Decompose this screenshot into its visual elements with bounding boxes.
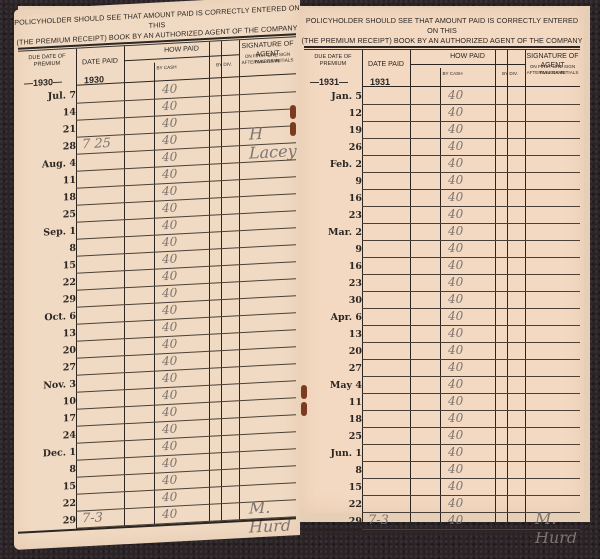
ledger-row: 1640 [300, 258, 584, 275]
cash-amount: 40 [162, 336, 177, 351]
cash-amount: 40 [448, 394, 463, 408]
header-line-2: (THE PREMIUM RECEIPT) BOOK BY AN AUTHORI… [300, 36, 584, 46]
cash-amount: 40 [448, 411, 463, 425]
cash-amount: 40 [448, 207, 463, 221]
due-date: 9 [306, 176, 362, 187]
cash-amount: 40 [448, 122, 463, 136]
binding-stitch [301, 385, 307, 399]
ledger-row: 2340 [300, 207, 584, 224]
due-date: 24 [20, 430, 76, 444]
due-date: Oct. 6 [20, 311, 76, 325]
cash-amount: 40 [162, 285, 177, 300]
cash-amount: 40 [448, 496, 463, 510]
due-date: 22 [20, 498, 76, 512]
due-date: 23 [306, 210, 362, 221]
cash-amount: 40 [162, 81, 177, 96]
ledger-row: 1640 [300, 190, 584, 207]
cash-amount: 40 [162, 319, 177, 334]
cash-amount: 40 [448, 513, 463, 527]
due-date: 25 [306, 431, 362, 442]
ledger-row: 1140 [300, 394, 584, 411]
cash-amount: 40 [162, 234, 177, 249]
ledger-row: 2340 [300, 275, 584, 292]
due-date: 17 [20, 413, 76, 427]
header-rule [304, 49, 580, 50]
due-date: Mar. 2 [306, 227, 362, 238]
ledger-row: 940 [300, 173, 584, 190]
cash-amount: 40 [448, 105, 463, 119]
cash-amount: 40 [162, 421, 177, 436]
ledger-row: 1540 [300, 479, 584, 496]
cash-amount: 40 [162, 251, 177, 266]
due-date: 10 [20, 396, 76, 410]
due-date: 8 [20, 243, 76, 257]
ledger-row: Jun. 140 [300, 445, 584, 462]
cash-amount: 40 [162, 302, 177, 317]
cash-amount: 40 [448, 190, 463, 204]
due-date: 16 [306, 193, 362, 204]
cash-amount: 40 [448, 309, 463, 323]
year-due: —1931— [310, 77, 348, 87]
due-date: 12 [306, 108, 362, 119]
cash-amount: 40 [448, 360, 463, 374]
date-paid-header: DATE PAID [362, 60, 410, 69]
date-paid-header: DATE PAID [76, 56, 124, 68]
due-date: 22 [306, 499, 362, 510]
due-date: 15 [20, 481, 76, 495]
cash-amount: 40 [448, 139, 463, 153]
due-date: 8 [306, 465, 362, 476]
ledger-row: Feb. 240 [300, 156, 584, 173]
cash-amount: 40 [162, 200, 177, 215]
cash-amount: 40 [448, 258, 463, 272]
binding-stitch [290, 105, 296, 119]
due-date: 11 [20, 175, 76, 189]
ledger-row: 2540 [300, 428, 584, 445]
ledger-row: 940 [300, 241, 584, 258]
cash-amount: 40 [448, 173, 463, 187]
due-date: 20 [306, 346, 362, 357]
cash-amount: 40 [162, 489, 177, 504]
cash-amount: 40 [448, 479, 463, 493]
by-div-header: BY DIV. [495, 71, 525, 77]
agent-signature: M. Hurd [249, 496, 300, 537]
cash-amount: 40 [162, 98, 177, 113]
ledger-row: 29407-3M. Hurd [300, 513, 584, 530]
bottom-rule [304, 530, 580, 532]
ledger-row: 1940 [300, 122, 584, 139]
ledger-row: May 440 [300, 377, 584, 394]
cash-amount: 40 [162, 438, 177, 453]
due-date: Aug. 4 [20, 158, 76, 172]
due-date: 14 [20, 107, 76, 121]
cash-amount: 40 [448, 445, 463, 459]
due-date: 20 [20, 345, 76, 359]
due-date: 27 [20, 362, 76, 376]
due-date: 15 [306, 482, 362, 493]
cash-amount: 40 [162, 472, 177, 487]
due-date: 27 [306, 363, 362, 374]
ledger-row: Apr. 640 [300, 309, 584, 326]
cash-amount: 40 [162, 455, 177, 470]
cash-amount: 40 [162, 370, 177, 385]
due-date: Apr. 6 [306, 312, 362, 323]
date-paid: 7-3 [82, 510, 103, 526]
header-notice: POLICYHOLDER SHOULD SEE THAT AMOUNT PAID… [300, 16, 584, 46]
due-date: 19 [306, 125, 362, 136]
due-date: Jun. 1 [306, 448, 362, 459]
cash-amount: 40 [448, 224, 463, 238]
ledger-row: Mar. 240 [300, 224, 584, 241]
ledger-row: 2640 [300, 139, 584, 156]
ledger-row: 1340 [300, 326, 584, 343]
cash-amount: 40 [162, 506, 177, 521]
cash-amount: 40 [162, 183, 177, 198]
due-date-header: DUE DATE OF PREMIUM [18, 53, 76, 70]
ledger-row: 1840 [300, 411, 584, 428]
due-date: 11 [306, 397, 362, 408]
cash-amount: 40 [448, 343, 463, 357]
ledger-row: 3040 [300, 292, 584, 309]
due-date: 8 [20, 464, 76, 478]
due-date: 28 [20, 141, 76, 155]
due-date: 29 [306, 516, 362, 527]
cash-amount: 40 [162, 387, 177, 402]
header-bottom-rule [362, 86, 580, 87]
due-date: Nov. 3 [20, 379, 76, 393]
cash-amount: 40 [162, 353, 177, 368]
due-date-header: DUE DATE OF PREMIUM [304, 54, 362, 68]
due-date: 13 [20, 328, 76, 342]
cash-amount: 40 [448, 462, 463, 476]
cash-amount: 40 [162, 115, 177, 130]
signature-note: AFTERWARDS INITIALS [525, 70, 580, 76]
due-date: 29 [20, 515, 76, 529]
cash-amount: 40 [448, 88, 463, 102]
how-paid-header: HOW PAID [410, 52, 525, 61]
due-date: 15 [20, 260, 76, 274]
date-paid: 7 25 [82, 136, 111, 153]
due-date: 29 [20, 294, 76, 308]
header-line-1: POLICYHOLDER SHOULD SEE THAT AMOUNT PAID… [300, 16, 584, 36]
binding-stitch [290, 122, 296, 136]
due-date: Feb. 2 [306, 159, 362, 170]
agent-signature: M. Hurd [535, 509, 584, 547]
due-date: 26 [306, 142, 362, 153]
right-page: POLICYHOLDER SHOULD SEE THAT AMOUNT PAID… [300, 8, 584, 513]
ledger-row: 2740 [300, 360, 584, 377]
by-div-header: BY DIV. [209, 61, 239, 69]
ledger-row: 840 [300, 462, 584, 479]
cash-amount: 40 [162, 166, 177, 181]
due-date: Sep. 1 [20, 226, 76, 240]
due-date: 9 [306, 244, 362, 255]
due-date: 25 [20, 209, 76, 223]
cash-amount: 40 [162, 268, 177, 283]
cash-amount: 40 [448, 377, 463, 391]
due-date: May 4 [306, 380, 362, 391]
due-date: 22 [20, 277, 76, 291]
left-page: POLICYHOLDER SHOULD SEE THAT AMOUNT PAID… [14, 0, 300, 550]
cash-amount: 40 [162, 132, 177, 147]
due-date: 18 [20, 192, 76, 206]
cash-amount: 40 [448, 428, 463, 442]
header-rule [304, 46, 580, 48]
year-due: —1930— [24, 76, 62, 88]
ledger-row: 1240 [300, 105, 584, 122]
binding-stitch [301, 402, 307, 416]
cash-amount: 40 [448, 156, 463, 170]
cash-amount: 40 [162, 217, 177, 232]
due-date: Jul. 7 [20, 90, 76, 104]
ledger-row: Jan. 540 [300, 88, 584, 105]
due-date: Dec. 1 [20, 447, 76, 461]
due-date: 16 [306, 261, 362, 272]
due-date: 21 [20, 124, 76, 138]
cash-amount: 40 [448, 326, 463, 340]
cash-amount: 40 [448, 275, 463, 289]
cash-amount: 40 [162, 149, 177, 164]
by-cash-header: BY CASH [124, 63, 209, 73]
due-date: 13 [306, 329, 362, 340]
due-date: 23 [306, 278, 362, 289]
by-cash-header: BY CASH [410, 71, 495, 77]
cash-amount: 40 [162, 404, 177, 419]
date-paid: 7-3 [368, 513, 389, 528]
ledger-row: 2040 [300, 343, 584, 360]
due-date: 18 [306, 414, 362, 425]
how-paid-rule [410, 64, 525, 65]
cash-amount: 40 [448, 292, 463, 306]
due-date: 30 [306, 295, 362, 306]
due-date: Jan. 5 [306, 91, 362, 102]
cash-amount: 40 [448, 241, 463, 255]
